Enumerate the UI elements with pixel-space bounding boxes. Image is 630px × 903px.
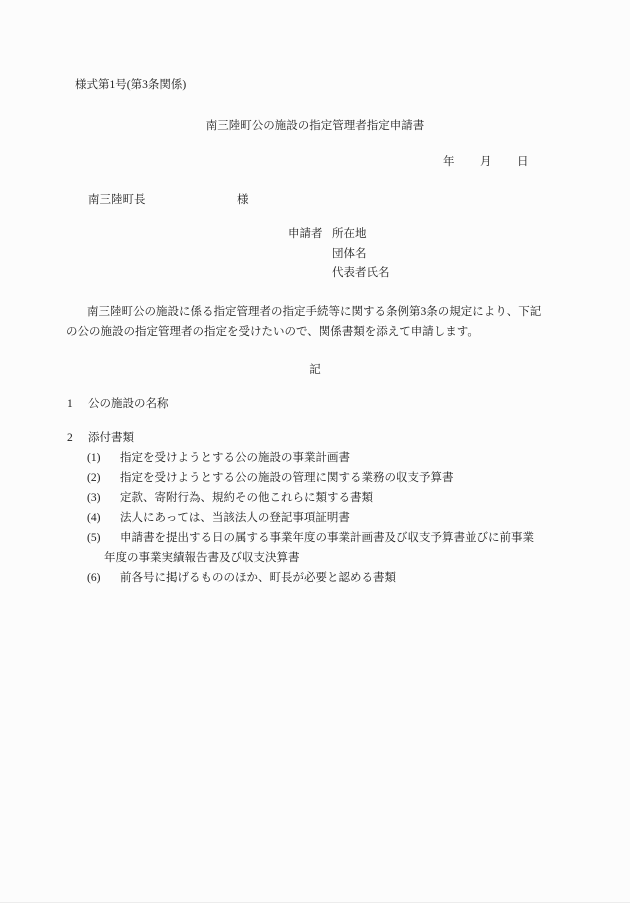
section-1-title: 公の施設の名称: [88, 397, 169, 411]
attachment-item-number: (1): [87, 451, 100, 465]
date-month-label: 月: [480, 155, 492, 169]
attachment-item-text-wrap: 年度の事業実績報告書及び収支決算書: [104, 551, 300, 565]
attachment-item-number: (4): [87, 511, 100, 525]
record-marker: 記: [0, 363, 630, 377]
attachment-item-text: 定款、寄附行為、規約その他これらに類する書類: [120, 491, 373, 505]
section-2-number: 2: [67, 431, 73, 445]
attachment-item-text: 指定を受けようとする公の施設の管理に関する業務の収支予算書: [120, 471, 454, 485]
form-number: 様式第1号(第3条関係): [75, 78, 186, 92]
date-year-label: 年: [443, 155, 455, 169]
attachment-item-text: 申請書を提出する日の属する事業年度の事業計画書及び収支予算書並びに前事業: [120, 531, 534, 545]
document-page: 様式第1号(第3条関係) 南三陸町公の施設の指定管理者指定申請書 年 月 日 南…: [0, 0, 630, 903]
attachment-item-number: (2): [87, 471, 100, 485]
attachment-item-text: 指定を受けようとする公の施設の事業計画書: [120, 451, 350, 465]
attachment-item-number: (6): [87, 571, 100, 585]
addressee-honorific: 様: [237, 193, 249, 207]
applicant-field-org-name: 団体名: [332, 247, 367, 261]
applicant-field-address: 所在地: [332, 227, 367, 241]
attachment-item-number: (5): [87, 531, 100, 545]
section-2-title: 添付書類: [88, 431, 134, 445]
date-day-label: 日: [517, 155, 529, 169]
applicant-label: 申請者: [288, 227, 323, 241]
applicant-field-rep-name: 代表者氏名: [332, 266, 390, 280]
body-paragraph-line-1: 南三陸町公の施設に係る指定管理者の指定手続等に関する条例第3条の規定により、下記: [87, 305, 541, 319]
document-title: 南三陸町公の施設の指定管理者指定申請書: [0, 119, 630, 133]
addressee-name: 南三陸町長: [88, 193, 146, 207]
attachment-item-text: 法人にあっては、当該法人の登記事項証明書: [120, 511, 350, 525]
attachment-item-text: 前各号に掲げるもののほか、町長が必要と認める書類: [120, 571, 396, 585]
section-1-number: 1: [67, 397, 73, 411]
attachment-item-number: (3): [87, 491, 100, 505]
body-paragraph-line-2: の公の施設の指定管理者の指定を受けたいので、関係書類を添えて申請します。: [66, 325, 479, 339]
